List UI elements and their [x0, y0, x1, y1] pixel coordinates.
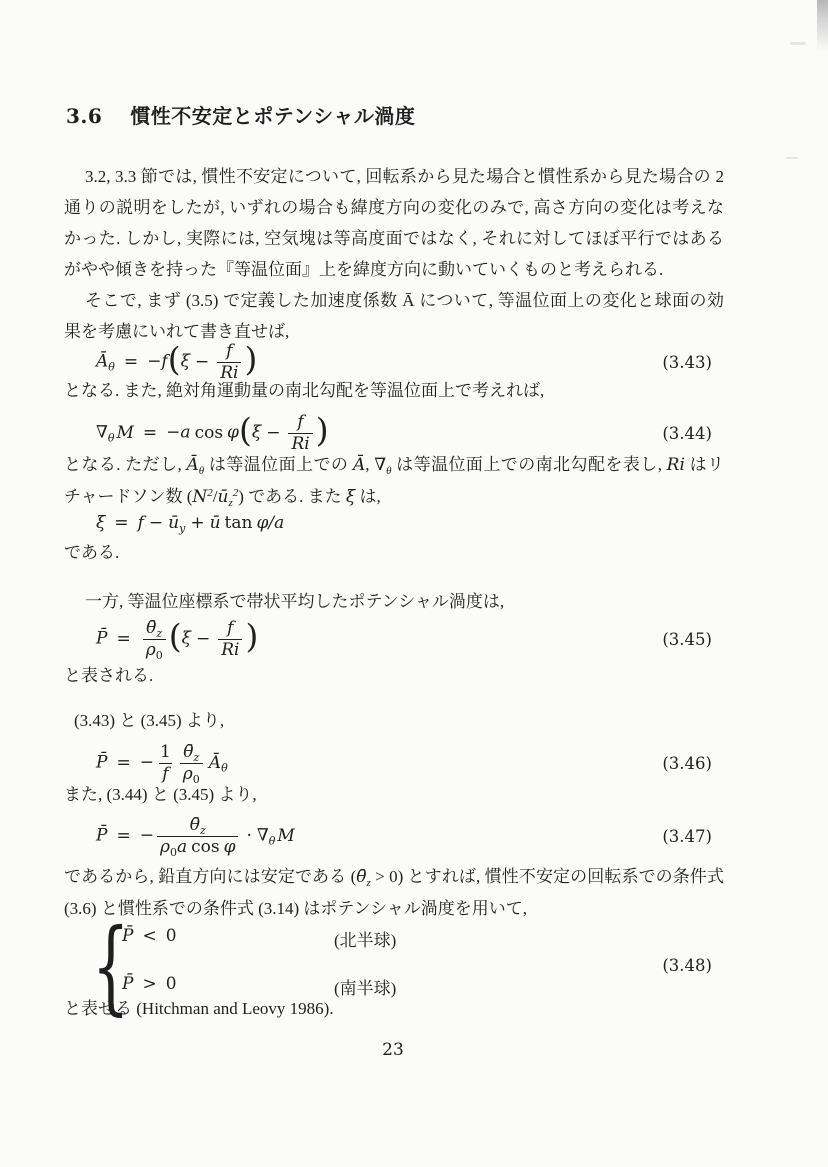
frac-num: θ̄z — [187, 815, 209, 835]
paragraph-intro: 3.2, 3.3 節では, 慣性不安定について, 回転系から見た場合と慣性系から… — [64, 161, 724, 285]
page-number: 23 — [0, 1040, 786, 1060]
left-paren: ( — [169, 617, 182, 656]
var-theta-bar: θ̄ — [190, 815, 200, 835]
sub-theta: θ — [108, 361, 115, 374]
minus-sign: − — [195, 352, 209, 372]
right-paren: ) — [244, 340, 257, 379]
equation-number: (3.44) — [662, 424, 712, 443]
section-number: 3.6 — [66, 104, 102, 128]
fraction-f-over-Ri: fRi — [288, 412, 312, 454]
equals-sign: = — [143, 423, 157, 443]
scanned-paper-page: 3.6慣性不安定とポテンシャル渦度 3.2, 3.3 節では, 慣性不安定につい… — [0, 0, 828, 1167]
text-segment: となる. ただし, — [64, 455, 186, 474]
minus-sign: − — [147, 352, 161, 372]
var-xi: ξ — [252, 423, 261, 443]
frac-den: ρ0 — [143, 639, 166, 660]
frac-num-f: f — [223, 341, 235, 361]
var-rho: ρ — [183, 764, 193, 784]
var-phi: φ — [256, 513, 268, 533]
frac-num: θ̄z — [143, 618, 165, 638]
var-f: f — [138, 513, 144, 533]
equation-3-47: P̄=−θ̄zρ0acosφ·∇θM (3.47) — [64, 806, 712, 866]
var-M: M — [117, 423, 134, 443]
var-theta-bar: θ̄ — [146, 618, 156, 638]
var-xi: ξ — [96, 513, 105, 533]
var-phi: φ — [227, 423, 239, 443]
sub-theta: θ — [221, 762, 228, 775]
equation-number: (3.46) — [662, 754, 712, 773]
nabla-operator: ∇ — [374, 455, 386, 474]
var-u-bar: ū — [210, 513, 221, 533]
equation-number: (3.47) — [662, 827, 712, 846]
zero: 0 — [166, 974, 177, 994]
var-rho: ρ — [146, 640, 156, 660]
section-heading: 3.6慣性不安定とポテンシャル渦度 — [66, 100, 415, 129]
sub-0: 0 — [156, 649, 163, 662]
frac-den: ρ0acosφ — [157, 836, 239, 857]
text-line: (3.43) と (3.45) より, — [74, 709, 224, 733]
equals-sign: = — [116, 629, 130, 649]
var-P-bar: P̄ — [96, 753, 107, 773]
text-line: と表される. — [64, 664, 153, 688]
slash-a: /a — [268, 513, 284, 533]
text-segment: , — [365, 455, 374, 474]
frac-den-f: f — [159, 763, 171, 784]
sub-y: y — [179, 522, 185, 535]
frac-num: θ̄z — [180, 742, 202, 762]
case-north: P̄<0(北半球) — [122, 926, 177, 946]
cos-function: cos — [191, 837, 219, 857]
var-theta-bar: θ̄ — [183, 742, 193, 762]
minus-sign: − — [140, 826, 154, 846]
scan-artifact-top-right — [817, 0, 828, 52]
sub-theta: θ — [269, 835, 276, 848]
frac-den: ρ0 — [180, 763, 203, 784]
cdot-operator: · — [246, 826, 251, 846]
equation-xi-math: ξ=f−ūy+ūtanφ/a — [64, 513, 284, 533]
var-u-bar: ū — [168, 513, 179, 533]
frac-num-f: f — [224, 618, 236, 638]
scan-smudge — [790, 42, 806, 45]
left-paren: ( — [168, 340, 181, 379]
text-segment: は等温位面上での南北勾配を表し, — [392, 455, 667, 474]
text-line-citation: と表せる (Hitchman and Leovy 1986). — [64, 997, 334, 1021]
minus-sign: − — [196, 629, 210, 649]
var-A-bar: Ā — [209, 753, 221, 773]
var-P-bar: P̄ — [96, 826, 107, 846]
var-xi: ξ — [182, 629, 191, 649]
equation-number: (3.43) — [662, 353, 712, 372]
minus-sign: − — [149, 513, 163, 533]
minus-sign: − — [140, 753, 154, 773]
text-line: また, (3.44) と (3.45) より, — [64, 783, 257, 807]
var-rho: ρ — [160, 837, 170, 857]
equals-sign: = — [114, 513, 128, 533]
nabla-operator: ∇ — [257, 826, 269, 846]
case-label-south: (南半球) — [334, 974, 396, 999]
var-A-bar: Ā — [96, 352, 108, 372]
sub-0: 0 — [170, 846, 177, 859]
var-A-bar: Ā — [353, 455, 365, 475]
equation-3-44-math: ∇θM=−acosφ(ξ−fRi) — [64, 412, 329, 454]
var-theta-bar: θ̄ — [356, 867, 366, 887]
greater-than-sign: > — [142, 974, 156, 994]
var-P-bar: P̄ — [122, 926, 133, 946]
plus-sign: + — [190, 513, 204, 533]
frac-num-1: 1 — [157, 742, 174, 762]
fraction-f-over-Ri: fRi — [218, 618, 242, 660]
var-P-bar: P̄ — [122, 974, 133, 994]
equation-3-46-math: P̄=−1fθ̄zρ0Āθ — [64, 742, 228, 784]
cos-function: cos — [195, 423, 223, 443]
var-Ri: Ri — [667, 455, 685, 475]
text-segment: は等温位面上での — [204, 455, 353, 474]
text-line: となる. また, 絶対角運動量の南北勾配を等温位面上で考えれば, — [64, 379, 544, 403]
text-line: である. — [64, 541, 119, 565]
equation-3-47-math: P̄=−θ̄zρ0acosφ·∇θM — [64, 815, 295, 857]
equation-xi-definition: ξ=f−ūy+ūtanφ/a — [64, 497, 712, 549]
equals-sign: = — [116, 753, 130, 773]
var-xi: ξ — [181, 352, 190, 372]
fraction-theta-z-over-rho0: θ̄zρ0 — [143, 618, 166, 660]
fraction-1-over-f: 1f — [157, 742, 174, 784]
equation-3-45: P̄=θ̄zρ0(ξ−fRi) (3.45) — [64, 611, 712, 667]
right-paren: ) — [316, 411, 329, 450]
fraction-theta-z-over-rho0: θ̄zρ0 — [180, 742, 203, 784]
var-M: M — [277, 826, 294, 846]
sub-theta: θ — [108, 432, 115, 445]
zero: 0 — [166, 926, 177, 946]
section-title: 慣性不安定とポテンシャル渦度 — [130, 106, 415, 128]
equals-sign: = — [124, 352, 138, 372]
left-paren: ( — [239, 411, 252, 450]
frac-den-Ri: Ri — [218, 639, 242, 660]
nabla-operator: ∇ — [96, 423, 108, 443]
less-than-sign: < — [142, 926, 156, 946]
minus-sign: − — [166, 423, 180, 443]
var-phi: φ — [224, 837, 236, 857]
equation-number: (3.48) — [662, 956, 712, 975]
fraction-theta-z-over-rho0-a-cos-phi: θ̄zρ0acosφ — [157, 815, 239, 857]
equation-number: (3.45) — [662, 630, 712, 649]
tan-function: tan — [225, 513, 253, 533]
case-south: P̄>0(南半球) — [122, 974, 177, 994]
case-label-north: (北半球) — [334, 926, 396, 951]
equation-3-45-math: P̄=θ̄zρ0(ξ−fRi) — [64, 618, 258, 660]
var-A-bar: Ā — [186, 455, 198, 475]
minus-sign: − — [266, 423, 280, 443]
text-segment: であるから, 鉛直方向には安定である ( — [64, 867, 356, 886]
var-P-bar: P̄ — [96, 629, 107, 649]
scan-smudge — [786, 157, 798, 159]
paragraph-conditions: であるから, 鉛直方向には安定である (θ̄z > 0) とすれば, 慣性不安定… — [64, 861, 724, 924]
var-a: a — [180, 423, 190, 443]
var-a: a — [177, 837, 187, 857]
equals-sign: = — [116, 826, 130, 846]
right-paren: ) — [245, 617, 258, 656]
equation-3-43-math: Āθ=−f(ξ−fRi) — [64, 341, 257, 383]
fraction-f-over-Ri: fRi — [217, 341, 241, 383]
frac-num-f: f — [294, 412, 306, 432]
